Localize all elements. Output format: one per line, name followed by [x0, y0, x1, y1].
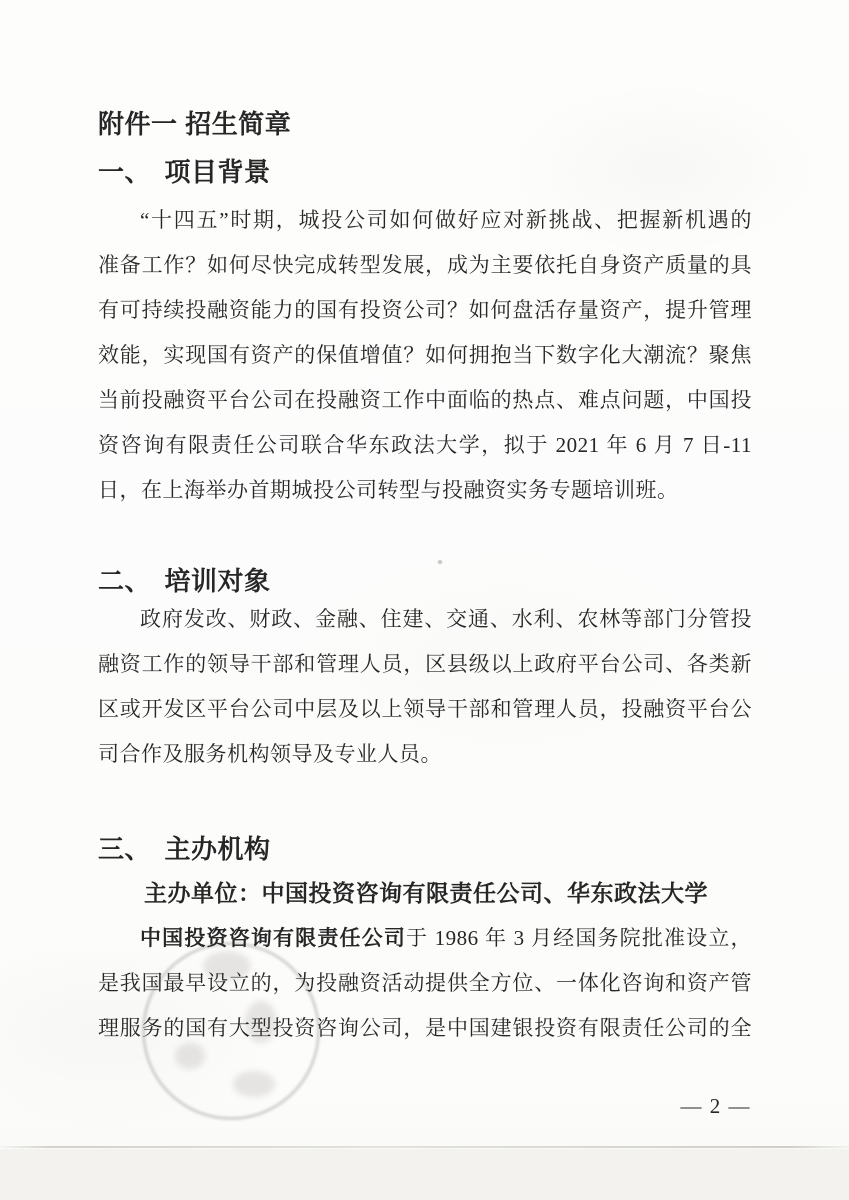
section-organizers: 三、 主办机构 主办单位：中国投资咨询有限责任公司、华东政法大学 中国投资咨询有… [98, 833, 752, 1051]
section-1-paragraph: “十四五”时期，城投公司如何做好应对新挑战、把握新机遇的 准备工作？如何尽快完成… [98, 198, 752, 513]
document-title: 附件一 招生简章 [98, 108, 752, 140]
company-name-bold: 中国投资咨询有限责任公司 [140, 926, 406, 950]
body-text-line: 有可持续投融资能力的国有投资公司？如何盘活存量资产，提升管理 [98, 288, 752, 333]
body-text-line: 中国投资咨询有限责任公司于 1986 年 3 月经国务院批准设立， [98, 916, 752, 961]
body-text-line: 当前投融资平台公司在投融资工作中面临的热点、难点问题，中国投 [98, 378, 752, 423]
section-2-heading: 二、 培训对象 [98, 565, 752, 597]
body-text-span: 于 1986 年 3 月经国务院批准设立， [406, 926, 752, 950]
stamp-smudge [233, 1071, 275, 1097]
section-project-background: 一、 项目背景 “十四五”时期，城投公司如何做好应对新挑战、把握新机遇的 准备工… [98, 156, 752, 513]
body-text-line: “十四五”时期，城投公司如何做好应对新挑战、把握新机遇的 [98, 198, 752, 243]
section-1-heading: 一、 项目背景 [98, 156, 752, 188]
body-text-line: 司合作及服务机构领导及专业人员。 [98, 732, 752, 777]
section-2-paragraph: 政府发改、财政、金融、住建、交通、水利、农林等部门分管投 融资工作的领导干部和管… [98, 597, 752, 777]
page-number: — 2 — [681, 1094, 752, 1119]
document-content: 附件一 招生简章 一、 项目背景 “十四五”时期，城投公司如何做好应对新挑战、把… [98, 108, 752, 1051]
body-text-line: 政府发改、财政、金融、住建、交通、水利、农林等部门分管投 [98, 597, 752, 642]
scanned-document-page: 附件一 招生简章 一、 项目背景 “十四五”时期，城投公司如何做好应对新挑战、把… [0, 0, 849, 1200]
body-text-line: 是我国最早设立的，为投融资活动提供全方位、一体化咨询和资产管 [98, 961, 752, 1006]
section-3-paragraph: 主办单位：中国投资咨询有限责任公司、华东政法大学 中国投资咨询有限责任公司于 1… [98, 871, 752, 1051]
section-3-heading: 三、 主办机构 [98, 833, 752, 865]
paper-bottom-edge-line [0, 1146, 849, 1148]
body-text-line: 效能，实现国有资产的保值增值？如何拥抱当下数字化大潮流？聚焦 [98, 333, 752, 378]
section-training-targets: 二、 培训对象 政府发改、财政、金融、住建、交通、水利、农林等部门分管投 融资工… [98, 565, 752, 777]
body-text-line: 日，在上海举办首期城投公司转型与投融资实务专题培训班。 [98, 468, 752, 513]
scanner-background-strip [0, 1149, 849, 1200]
host-organizations-line: 主办单位：中国投资咨询有限责任公司、华东政法大学 [98, 871, 752, 916]
body-text-line: 准备工作？如何尽快完成转型发展，成为主要依托自身资产质量的具 [98, 243, 752, 288]
body-text-line: 理服务的国有大型投资咨询公司，是中国建银投资有限责任公司的全 [98, 1006, 752, 1051]
body-text-line: 资咨询有限责任公司联合华东政法大学，拟于 2021 年 6 月 7 日-11 [98, 423, 752, 468]
body-text-line: 融资工作的领导干部和管理人员，区县级以上政府平台公司、各类新 [98, 642, 752, 687]
body-text-line: 区或开发区平台公司中层及以上领导干部和管理人员，投融资平台公 [98, 687, 752, 732]
